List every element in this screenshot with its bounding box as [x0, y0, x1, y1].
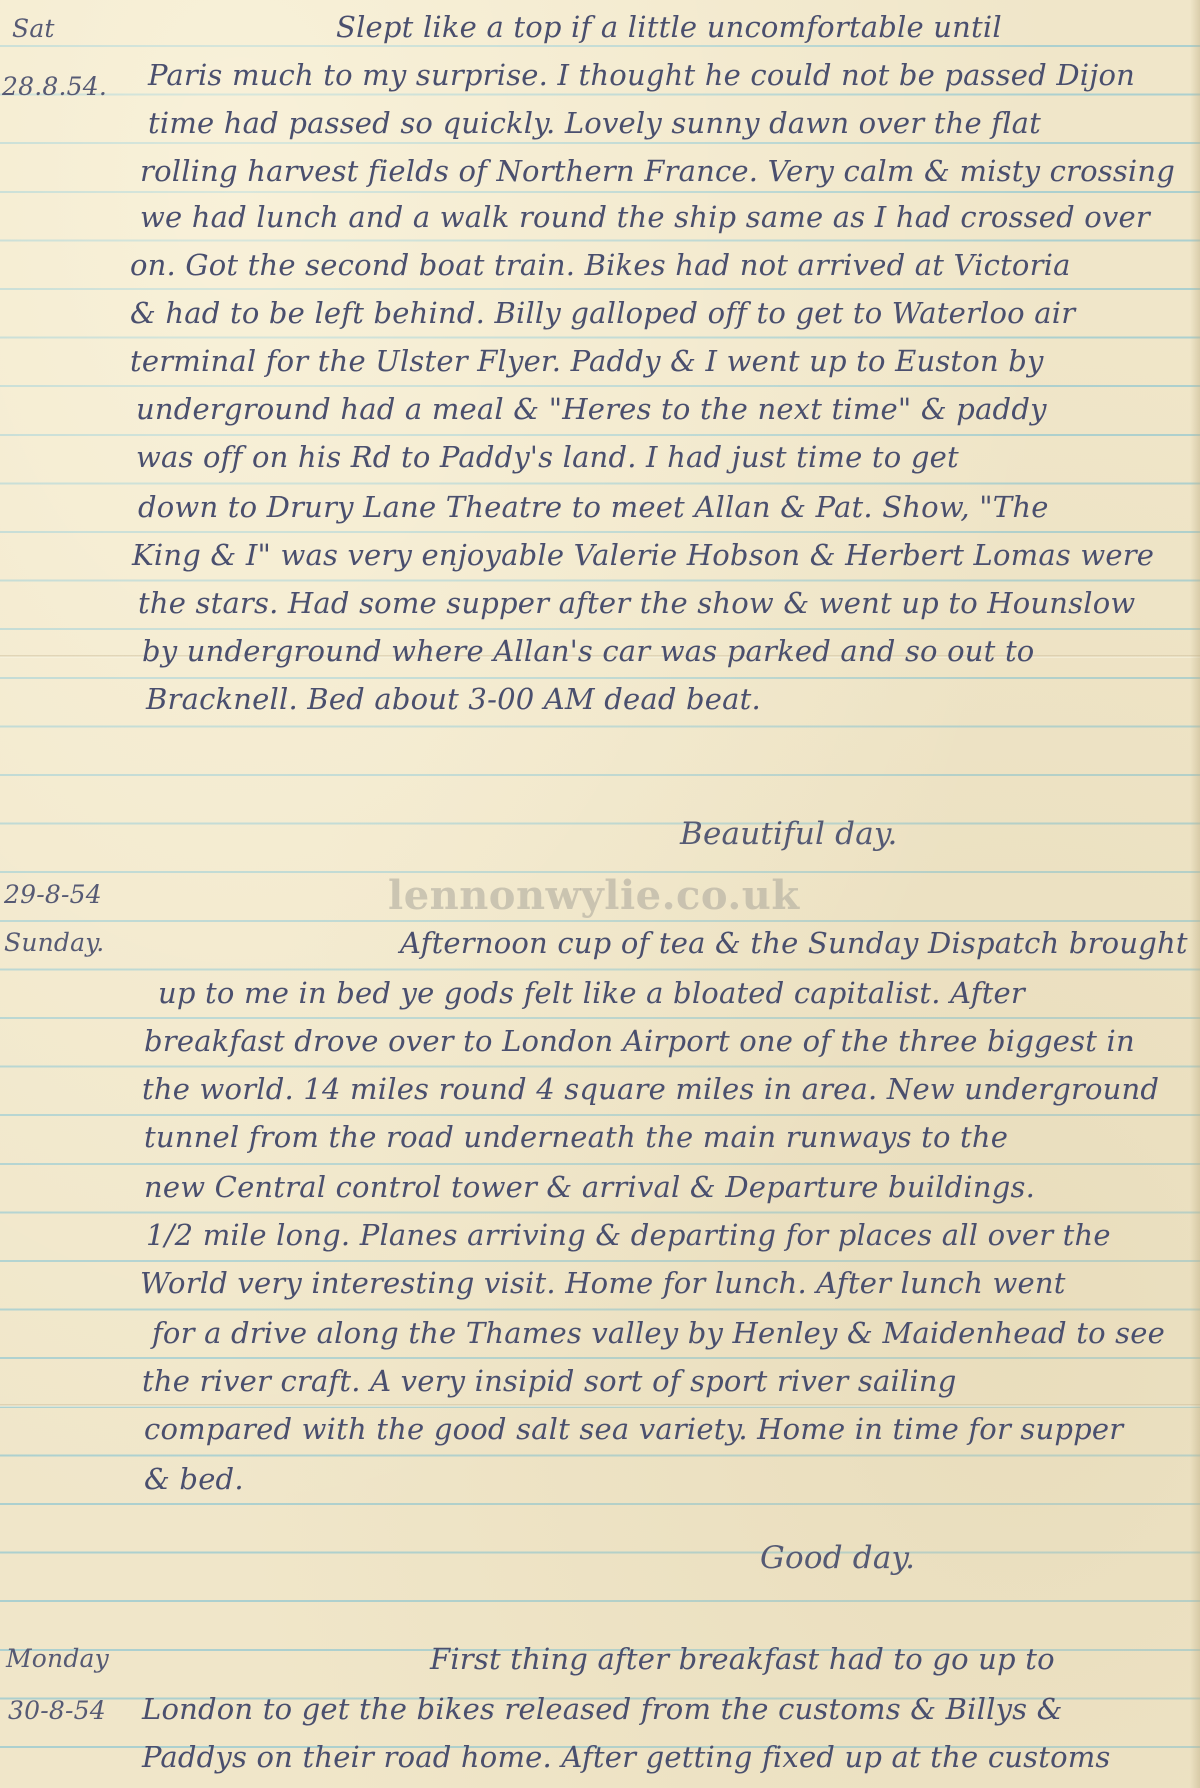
entry-day-label: Sunday. [4, 928, 104, 957]
entry-line: rolling harvest fields of Northern Franc… [140, 154, 1175, 188]
entry-line: we had lunch and a walk round the ship s… [140, 200, 1150, 234]
entry-line: for a drive along the Thames valley by H… [152, 1316, 1165, 1350]
entry-line: King & I" was very enjoyable Valerie Hob… [132, 538, 1154, 572]
entry-sign-off: Good day. [760, 1540, 915, 1576]
entry-line: London to get the bikes released from th… [142, 1692, 1063, 1726]
entry-line: First thing after breakfast had to go up… [430, 1642, 1055, 1676]
entry-sign-off: Beautiful day. [680, 816, 898, 852]
entry-line: the stars. Had some supper after the sho… [138, 586, 1135, 620]
entry-line: terminal for the Ulster Flyer. Paddy & I… [130, 344, 1044, 378]
entry-line: Bracknell. Bed about 3-00 AM dead beat. [146, 682, 761, 716]
entry-line: & bed. [144, 1462, 244, 1496]
entry-line: the world. 14 miles round 4 square miles… [142, 1072, 1159, 1106]
entry-line: up to me in bed ye gods felt like a bloa… [158, 976, 1025, 1010]
entry-day-label: Monday [6, 1644, 109, 1673]
paper-fold [0, 1404, 1200, 1407]
entry-day-label: Sat [12, 14, 55, 43]
entry-line: World very interesting visit. Home for l… [140, 1266, 1066, 1300]
entry-line: & had to be left behind. Billy galloped … [130, 296, 1075, 330]
entry-line: new Central control tower & arrival & De… [144, 1170, 1035, 1204]
entry-line: compared with the good salt sea variety.… [144, 1412, 1123, 1446]
entry-line: the river craft. A very insipid sort of … [142, 1364, 957, 1398]
entry-line: tunnel from the road underneath the main… [144, 1120, 1008, 1154]
entry-line: Slept like a top if a little uncomfortab… [336, 10, 1002, 44]
entry-line: breakfast drove over to London Airport o… [144, 1024, 1135, 1058]
entry-line: down to Drury Lane Theatre to meet Allan… [138, 490, 1049, 524]
entry-line: on. Got the second boat train. Bikes had… [130, 248, 1071, 282]
entry-line: underground had a meal & "Heres to the n… [136, 392, 1047, 426]
entry-line: Afternoon cup of tea & the Sunday Dispat… [400, 926, 1188, 960]
entry-date-label: 30-8-54 [8, 1696, 106, 1725]
entry-line: Paddys on their road home. After getting… [142, 1740, 1111, 1774]
entry-line: time had passed so quickly. Lovely sunny… [148, 106, 1041, 140]
page-edge [1190, 0, 1200, 1788]
entry-date-label: 29-8-54 [4, 880, 102, 909]
diary-page: Sat 28.8.54. Slept like a top if a littl… [0, 0, 1200, 1788]
watermark: lennonwylie.co.uk [388, 872, 800, 919]
entry-line: was off on his Rd to Paddy's land. I had… [136, 440, 959, 474]
entry-line: by underground where Allan's car was par… [142, 634, 1034, 668]
entry-line: 1/2 mile long. Planes arriving & departi… [146, 1218, 1111, 1252]
entry-date-label: 28.8.54. [2, 72, 107, 101]
entry-line: Paris much to my surprise. I thought he … [148, 58, 1135, 92]
